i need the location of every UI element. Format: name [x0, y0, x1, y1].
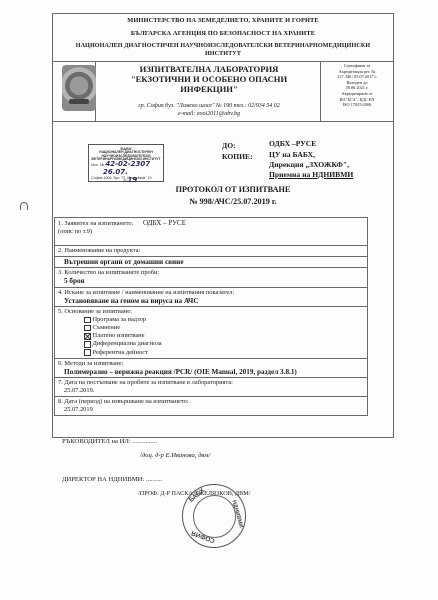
test-methods-label: 6. Методи за изпитване:	[58, 360, 364, 368]
stamp-date-value: 26.07.	[103, 168, 128, 176]
copy-recipient: Дирекция „ЗХОЖКФ",	[269, 160, 349, 170]
to-value: ОДБХ –РУСЕ	[269, 139, 316, 149]
section-test-basis: 5. Основание за изпитване: Програма за н…	[55, 307, 367, 359]
sample-count-label: 3. Количество на изпитваните проби:	[58, 269, 364, 277]
basis-option-suspicion[interactable]: Съмнение	[58, 324, 364, 332]
test-request-value: Установяване на геном на вируса на АЧС	[58, 297, 364, 305]
option-label: Програма за надзор	[93, 316, 147, 324]
official-round-seal: БАБХ НДНИВМИ СОФИЯ	[182, 484, 246, 548]
ministry-name: МИНИСТЕРСТВО НА ЗЕМЕДЕЛИЕТО, ХРАНИТЕ И Г…	[52, 17, 394, 24]
to-label: ДО:	[222, 141, 236, 150]
checkbox-unchecked[interactable]	[84, 325, 91, 332]
protocol-number: № 998/АЧС/25.07.2019 г.	[62, 197, 404, 206]
section-test-methods: 6. Методи за изпитване: Полимеразно – ве…	[55, 359, 367, 378]
test-request-label: 4. Искане за изпитване / наименование на…	[58, 289, 364, 297]
cert-line: ISO 17025:2006	[322, 102, 392, 108]
lab-email: e-mail: eooi2011@abv.bg	[98, 110, 320, 118]
copy-label: КОПИЕ:	[222, 152, 253, 161]
test-period-value: 25.07.2019	[58, 406, 364, 414]
test-methods-value: Полимеразно – верижна реакция /PCR/ (OIE…	[58, 368, 364, 376]
stamp-ref-value: 42-02-2307	[105, 160, 150, 168]
copy-recipient: Приемна на НДНИВМИ	[269, 170, 353, 180]
header-bottom-divider	[52, 121, 394, 122]
applicant-value: ОДБХ – РУСЕ	[143, 219, 186, 227]
product-label: 2. Наименование на продукта:	[58, 247, 364, 255]
agency-name: БЪЛГАРСКА АГЕНЦИЯ ПО БЕЗОПАСНОСТ НА ХРАН…	[52, 30, 394, 37]
head-name: /доц. д-р Е.Иванова, двм/	[140, 452, 210, 459]
checkbox-unchecked[interactable]	[84, 317, 91, 324]
section-product-value: Вътрешни органи от домашни свине	[55, 257, 367, 268]
test-period-label: 8. Дата (период) на извършване на изпитв…	[58, 398, 364, 406]
hole-punch-mark	[20, 202, 28, 210]
lab-title-line1: ИЗПИТВАТЕЛНА ЛАБОРАТОРИЯ	[98, 64, 320, 75]
protocol-form: 1. Заявител на изпитването: ОДБХ – РУСЕ …	[54, 217, 368, 416]
stamp-address: София 1606, бул. "П. Славейков" 15	[91, 176, 152, 180]
checkbox-unchecked[interactable]	[84, 341, 91, 348]
head-signature-label: РЪКОВОДИТЕЛ на ИЛ: ...............	[62, 438, 157, 445]
section-test-request: 4. Искане за изпитване / наименование на…	[55, 288, 367, 307]
section-product-label: 2. Наименование на продукта:	[55, 246, 367, 257]
section-applicant: 1. Заявител на изпитването: ОДБХ – РУСЕ …	[55, 218, 367, 246]
sample-count-value: 5 броя	[58, 277, 364, 285]
protocol-title: ПРОТОКОЛ ОТ ИЗПИТВАНЕ	[62, 185, 404, 194]
institute-name-line1: НАЦИОНАЛЕН ДИАГНОСТИЧЕН НАУЧНОИЗСЛЕДОВАТ…	[52, 43, 394, 49]
basis-option-differential-diagnosis[interactable]: Диференциална диагноза	[58, 340, 364, 348]
checkbox-unchecked[interactable]	[84, 349, 91, 356]
lab-title-line3: ИНФЕКЦИИ"	[98, 84, 320, 95]
section-test-period: 8. Дата (период) на извършване на изпитв…	[55, 397, 367, 415]
receipt-date-label: 7. Дата на постъпване на пробите за изпи…	[58, 379, 364, 387]
option-label: Диференциална диагноза	[93, 340, 162, 348]
product-value: Вътрешни органи от домашни свине	[58, 258, 364, 266]
incoming-registration-stamp: БАБХ НАЦИОНАЛЕН ДИАГНОСТИЧЕН НАУЧНОИЗСЛЕ…	[88, 144, 164, 182]
institute-name-line2: ИНСТИТУТ	[52, 51, 394, 57]
stamp-ref-label: Изх. №	[91, 162, 104, 167]
director-signature-label: ДИРЕКТОР НА НДНИВМИ: ..........	[62, 476, 162, 483]
lab-title-line2: "ЕКЗОТИЧНИ И ОСОБЕНО ОПАСНИ	[98, 74, 320, 85]
basis-option-paid-test[interactable]: Платено изпитване	[58, 332, 364, 340]
option-label: Референтна дейност	[93, 349, 148, 357]
accreditation-certificate: Сертификат за Акредитация рег. № 227 ЛИ …	[322, 63, 392, 108]
section-sample-count: 3. Количество на изпитваните проби: 5 бр…	[55, 268, 367, 287]
basis-option-reference-activity[interactable]: Референтна дейност	[58, 349, 364, 357]
test-basis-label: 5. Основание за изпитване:	[58, 308, 364, 316]
applicant-note: (опис по т.9)	[58, 228, 364, 236]
applicant-label: 1. Заявител на изпитването:	[58, 220, 133, 227]
laboratory-logo	[62, 65, 96, 111]
option-label: Съмнение	[93, 324, 121, 332]
basis-option-surveillance[interactable]: Програма за надзор	[58, 316, 364, 324]
copy-recipient: ЦУ на БАБХ,	[269, 150, 315, 160]
section-receipt-date: 7. Дата на постъпване на пробите за изпи…	[55, 378, 367, 397]
option-label: Платено изпитване	[93, 332, 145, 340]
receipt-date-value: 25.07.2019.	[58, 387, 364, 395]
lab-address: гр. София бул. "Ломско шосе" № 190 тел.:…	[98, 102, 320, 110]
checkbox-checked[interactable]	[84, 333, 91, 340]
